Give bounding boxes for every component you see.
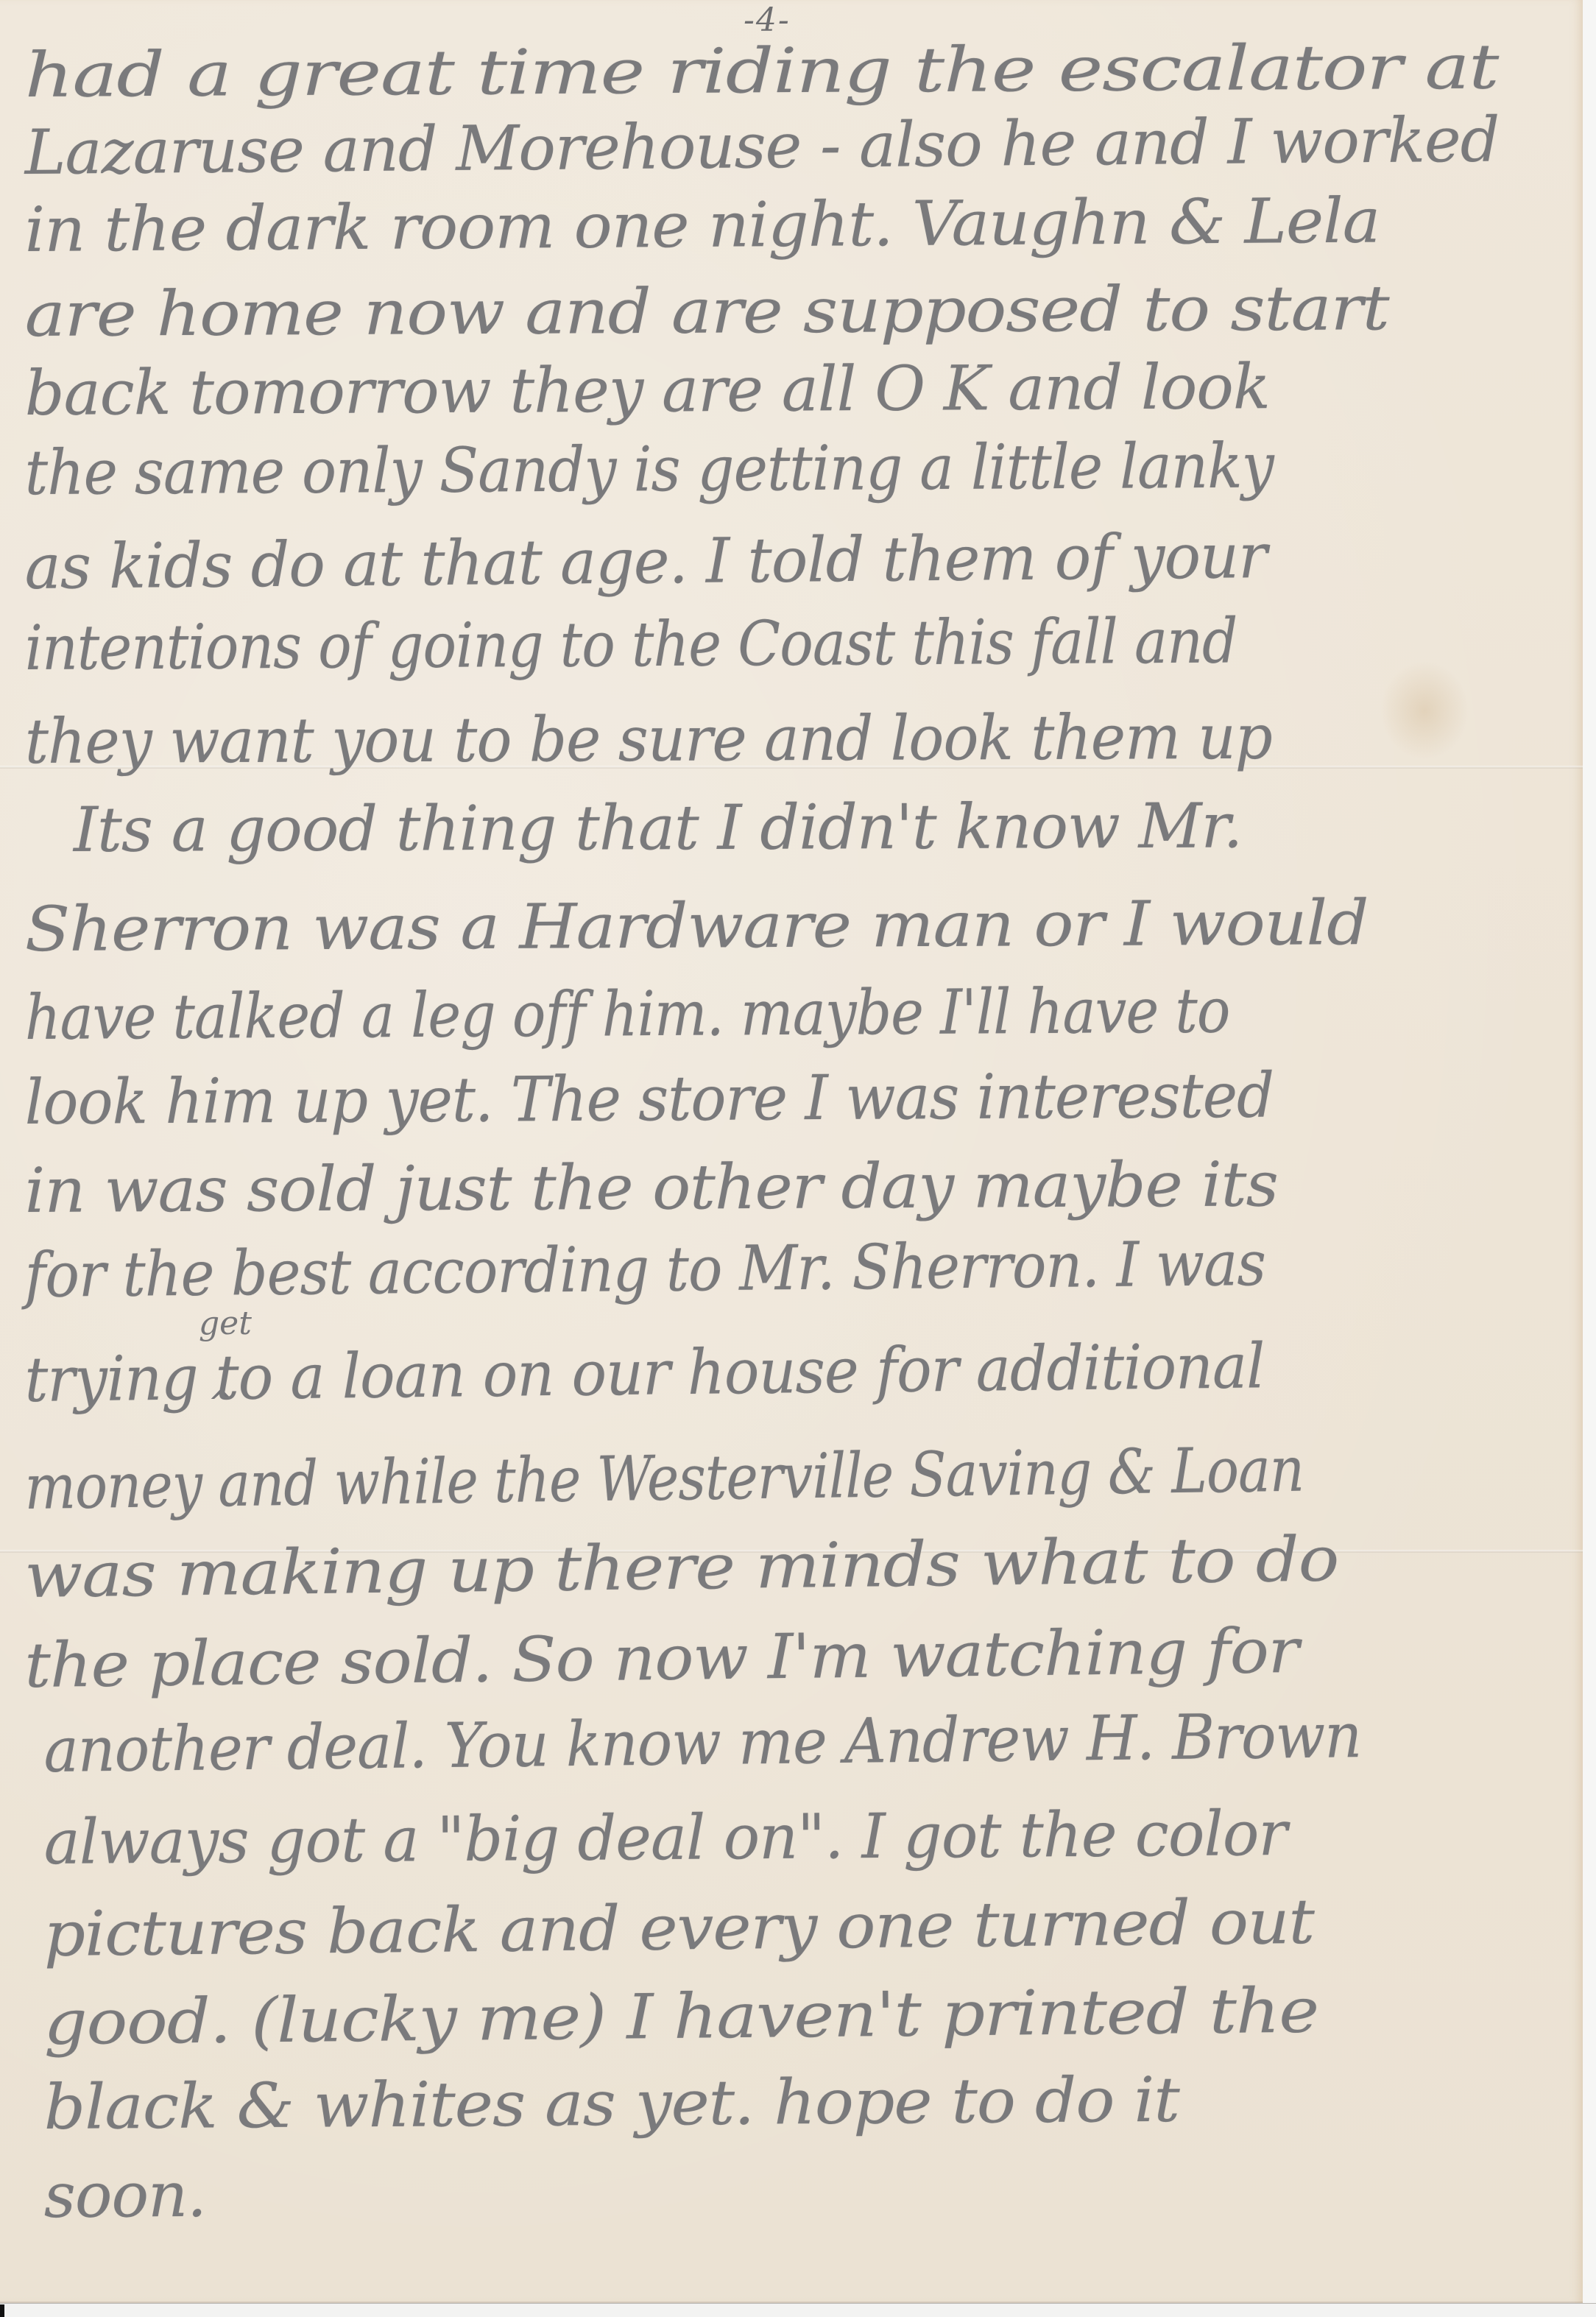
letter-line: had a great time riding the escalator at <box>24 36 1498 106</box>
letter-line: soon. <box>44 2164 206 2226</box>
letter-line: pictures back and every one turned out <box>43 1891 1314 1965</box>
letter-line: trying to a loan on our house for additi… <box>24 1335 1265 1411</box>
letter-line: the same only Sandy is getting a little … <box>25 434 1274 504</box>
letter-line: as kids do at that age. I told them of y… <box>24 525 1267 598</box>
letter-line: Lazaruse and Morehouse - also he and I w… <box>24 109 1499 183</box>
letter-line: in was sold just the other day maybe its <box>25 1153 1279 1221</box>
scan-margin-right <box>1583 0 1596 2317</box>
scan-margin-bottom <box>0 2303 1596 2317</box>
letter-line: in the dark room one night. Vaughn & Lel… <box>24 190 1380 261</box>
page-number: -4- <box>744 1 791 39</box>
letter-page: -4- had a great time riding the escalato… <box>0 0 1583 2303</box>
letter-line: good. (lucky me) I haven't printed the <box>43 1980 1318 2053</box>
letter-line: Its a good thing that I didn't know Mr. <box>74 794 1243 861</box>
letter-line: the place sold. So now I'm watching for <box>24 1620 1299 1696</box>
letter-line: look him up yet. The store I was interes… <box>25 1065 1274 1133</box>
letter-line: they want you to be sure and look them u… <box>25 706 1272 772</box>
letter-line: money and while the Westerville Saving &… <box>24 1439 1304 1518</box>
letter-line: back tomorrow they are all O K and look <box>25 356 1270 424</box>
inserted-word: get <box>199 1305 252 1342</box>
letter-line: always got a "big deal on". I got the co… <box>43 1802 1287 1873</box>
letter-line: was making up there minds what to do <box>24 1528 1339 1607</box>
letter-line: for the best according to Mr. Sherron. I… <box>24 1232 1265 1306</box>
letter-line: another deal. You know me Andrew H. Brow… <box>43 1704 1361 1781</box>
letter-line: have talked a leg off him. maybe I'll ha… <box>25 979 1230 1048</box>
scan-corner-mark <box>0 2304 4 2317</box>
letter-line: black & whites as yet. hope to do it <box>43 2069 1179 2138</box>
letter-line: intentions of going to the Coast this fa… <box>25 610 1237 679</box>
letter-line: are home now and are supposed to start <box>25 277 1389 345</box>
letter-line: Sherron was a Hardware man or I would <box>25 892 1369 960</box>
